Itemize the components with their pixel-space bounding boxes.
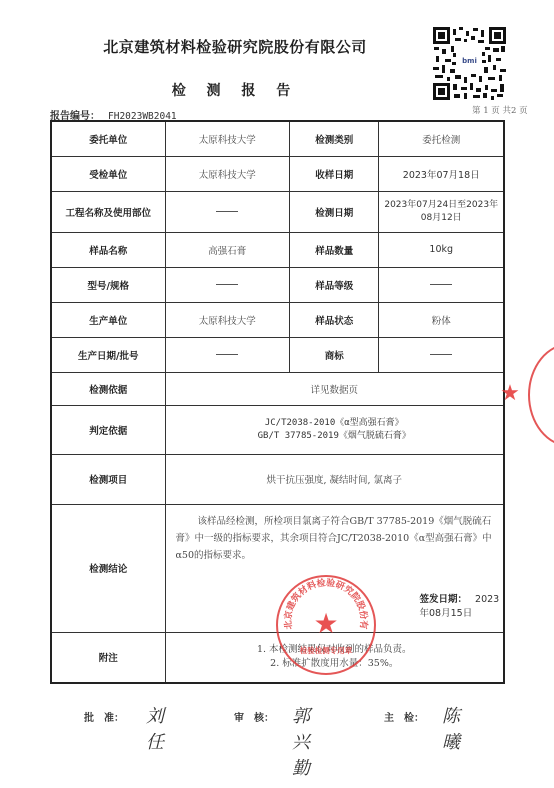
field-label: 商标 — [289, 337, 379, 372]
field-label: 委托单位 — [51, 121, 165, 156]
field-label: 检测结论 — [51, 504, 165, 632]
field-value — [379, 267, 504, 302]
field-value — [165, 267, 289, 302]
field-value: 烘干抗压强度, 凝结时间, 氯离子 — [165, 454, 504, 504]
field-label: 检测依据 — [51, 372, 165, 405]
field-value: 太原科技大学 — [165, 121, 289, 156]
judgement-line: GB/T 37785-2019《烟气脱硫石膏》 — [170, 430, 499, 443]
table-row: 工程名称及使用部位 检测日期 2023年07月24日至2023年08月12日 — [51, 191, 504, 232]
star-icon: ★ — [278, 607, 374, 640]
field-value — [379, 337, 504, 372]
field-label: 样品数量 — [289, 232, 379, 267]
approver: 批 准： 刘任 — [84, 709, 124, 724]
company-name: 北京建筑材料检验研究院股份有限公司 — [0, 36, 470, 57]
empty-dash — [430, 284, 452, 285]
inspect-signature: 陈曦 — [442, 702, 460, 754]
field-value: 2023年07月18日 — [379, 156, 504, 191]
field-label: 附注 — [51, 632, 165, 683]
field-label: 检测日期 — [289, 191, 379, 232]
field-label: 样品等级 — [289, 267, 379, 302]
field-value: 太原科技大学 — [165, 302, 289, 337]
table-row: 检测项目 烘干抗压强度, 凝结时间, 氯离子 — [51, 454, 504, 504]
stamp-bottom-text: 检验检测专用章 — [278, 645, 374, 656]
table-row: 委托单位 太原科技大学 检测类别 委托检测 — [51, 121, 504, 156]
inspect-label: 主 检： — [384, 713, 424, 724]
field-value: 10kg — [379, 232, 504, 267]
field-value: 委托检测 — [379, 121, 504, 156]
field-label: 判定依据 — [51, 405, 165, 454]
field-value — [165, 191, 289, 232]
table-row: 生产日期/批号 商标 — [51, 337, 504, 372]
table-row: 判定依据 JC/T2038-2010《α型高强石膏》 GB/T 37785-20… — [51, 405, 504, 454]
inspector: 主 检： 陈曦 — [384, 709, 424, 724]
table-row: 样品名称 高强石膏 样品数量 10kg — [51, 232, 504, 267]
judgement-line: JC/T2038-2010《α型高强石膏》 — [170, 417, 499, 430]
bmi-logo: bmi — [459, 54, 480, 68]
field-label: 受检单位 — [51, 156, 165, 191]
field-value: 高强石膏 — [165, 232, 289, 267]
field-label: 生产单位 — [51, 302, 165, 337]
field-label: 样品状态 — [289, 302, 379, 337]
field-label: 收样日期 — [289, 156, 379, 191]
empty-dash — [216, 354, 238, 355]
approve-label: 批 准： — [84, 713, 124, 724]
field-label: 生产日期/批号 — [51, 337, 165, 372]
table-row: 检测依据 详见数据页 — [51, 372, 504, 405]
approve-signature: 刘任 — [146, 702, 164, 754]
issue-date-label: 签发日期： — [420, 594, 468, 605]
review-label: 审 核： — [234, 713, 274, 724]
table-row: 生产单位 太原科技大学 样品状态 粉体 — [51, 302, 504, 337]
field-label: 型号/规格 — [51, 267, 165, 302]
field-value: 太原科技大学 — [165, 156, 289, 191]
empty-dash — [216, 284, 238, 285]
conclusion-text: 该样品经检测，所检项目氯离子符合GB/T 37785-2019《烟气脱硫石膏》中… — [166, 505, 503, 564]
table-row: 型号/规格 样品等级 — [51, 267, 504, 302]
seam-seal-stamp: ★ — [528, 343, 554, 447]
field-value: 粉体 — [379, 302, 504, 337]
page-indicator: 第 1 页 共2 页 — [472, 104, 528, 116]
field-label: 检测项目 — [51, 454, 165, 504]
official-seal-stamp: 北京建筑材料检验研究院股份有限公司 ★ 检验检测专用章 — [276, 575, 376, 675]
report-title: 检 测 报 告 — [0, 80, 470, 100]
field-value — [165, 337, 289, 372]
field-label: 样品名称 — [51, 232, 165, 267]
field-label: 检测类别 — [289, 121, 379, 156]
field-value: JC/T2038-2010《α型高强石膏》 GB/T 37785-2019《烟气… — [165, 405, 504, 454]
reviewer: 审 核： 郭兴勤 — [234, 709, 274, 724]
issue-date: 签发日期：2023年08月15日 — [420, 591, 503, 619]
table-row: 受检单位 太原科技大学 收样日期 2023年07月18日 — [51, 156, 504, 191]
review-signature: 郭兴勤 — [292, 702, 310, 780]
empty-dash — [216, 211, 238, 212]
field-value: 2023年07月24日至2023年08月12日 — [379, 191, 504, 232]
star-icon: ★ — [490, 381, 530, 406]
field-label: 工程名称及使用部位 — [51, 191, 165, 232]
field-value: 详见数据页 — [165, 372, 504, 405]
empty-dash — [430, 354, 452, 355]
qr-code-icon: bmi — [433, 27, 506, 100]
